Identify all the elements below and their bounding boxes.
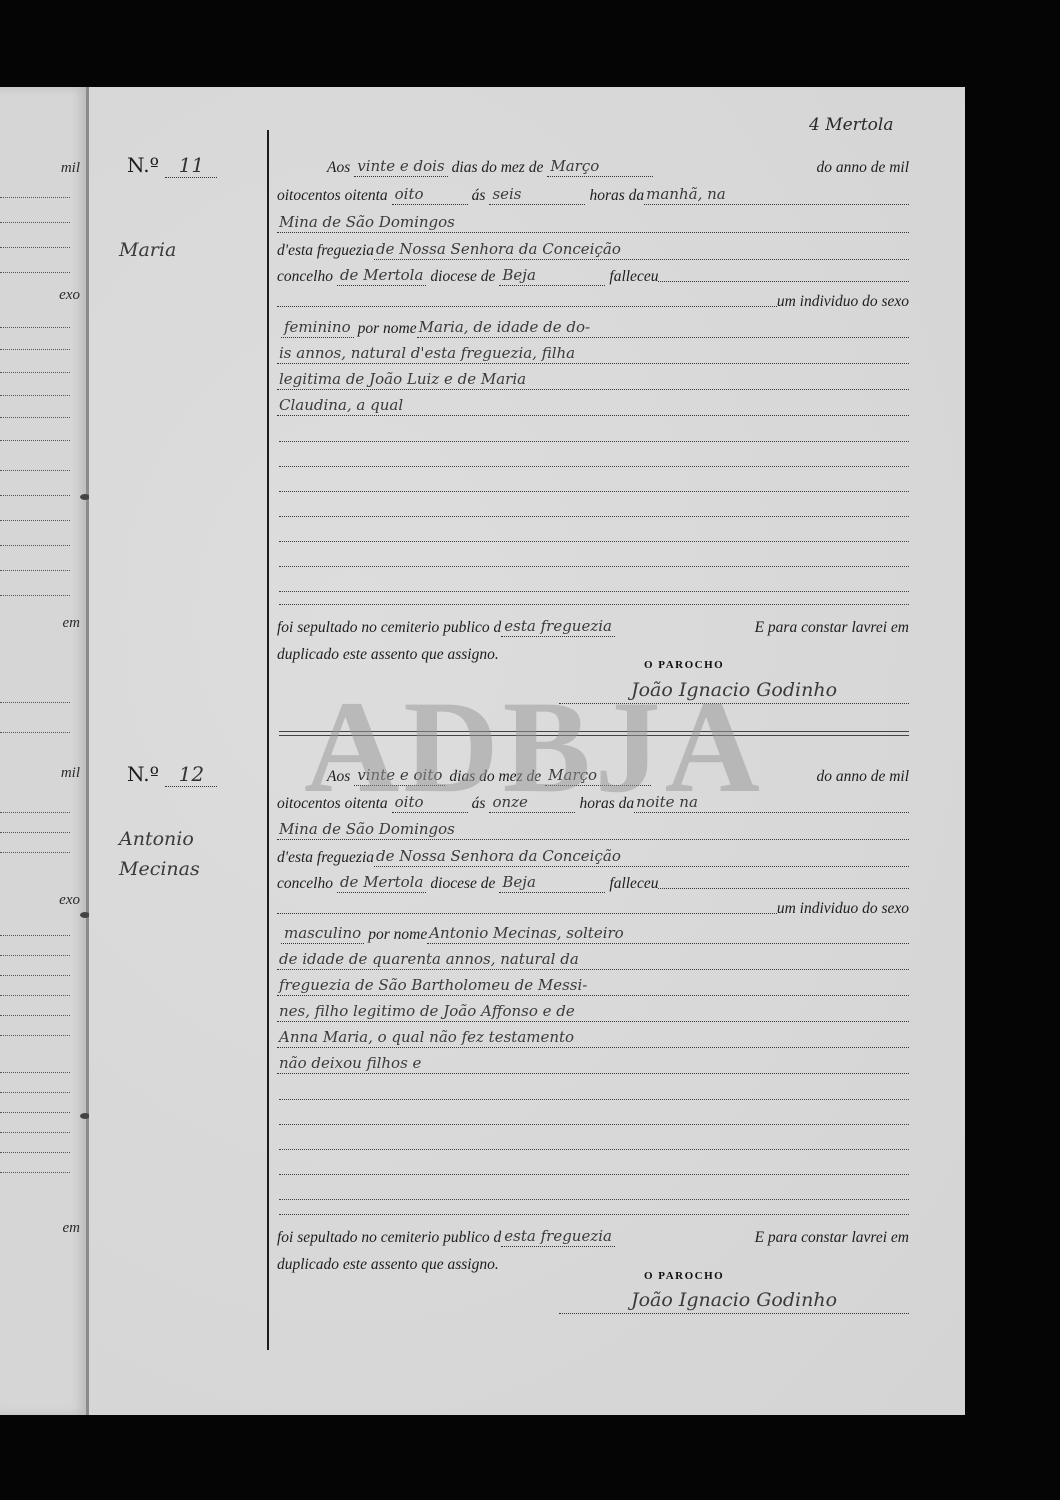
priest-signature: João Ignacio Godinho [559,677,909,704]
entry-number-value: 11 [165,153,217,178]
ruled-line [0,417,70,418]
ruled-line [0,935,70,936]
ruled-line [0,702,70,703]
priest-signature: João Ignacio Godinho [559,1287,909,1314]
entry-number-label: N.º [127,762,159,786]
printed-text: foi sepultado no cemiterio publico d [277,619,501,637]
ruled-line [0,372,70,373]
record-line: Anna Maria, o qual não fez testamento [277,1023,909,1048]
record-line: um individuo do sexo [277,286,909,311]
handwritten-burial-place: esta freguezia [501,1226,615,1247]
record-line: feminino por nome Maria, de idade de do- [277,313,909,338]
handwritten-hour: onze [489,792,575,813]
printed-text: ás [472,187,486,205]
record-line: concelho de Mertola diocese de Beja fall… [277,261,909,286]
ruled-line [0,247,70,248]
left-page-text: exo [59,287,80,304]
record-line: d'esta freguezia de Nossa Senhora da Con… [277,235,909,260]
parocho-heading: O PAROCHO [644,1270,724,1282]
ruled-line [0,955,70,956]
ruled-line [279,1174,909,1175]
printed-text: dias do mez de [449,768,541,786]
printed-text: do anno de mil [816,768,909,786]
printed-text: duplicado este assento que assigno. [277,646,499,664]
printed-text: um individuo do sexo [777,293,909,311]
printed-text: foi sepultado no cemiterio publico d [277,1229,501,1247]
ruled-line [0,570,70,571]
ruled-line [0,732,70,733]
printed-text: do anno de mil [816,159,909,177]
handwritten-month: Março [547,156,653,177]
ruled-line [0,1152,70,1153]
printed-text: dias do mez de [452,159,544,177]
handwritten-parish: de Nossa Senhora da Conceição [374,846,909,867]
handwritten-place: Mina de São Domingos [277,212,909,233]
ruled-line [0,975,70,976]
printed-text: E para constar lavrei em [755,619,909,637]
handwritten-month: Março [545,765,651,786]
ruled-line [279,541,909,542]
printed-text: d'esta freguezia [277,242,374,260]
register-page: 4 Mertola N.º 11 Maria Aos vinte e dois … [89,87,965,1415]
record-line: de idade de quarenta annos, natural da [277,945,909,970]
record-line: não deixou filhos e [277,1049,909,1074]
entry-separator [279,735,909,736]
record-line: oitocentos oitenta oito ás onze horas da… [277,788,909,813]
printed-text: falleceu [609,875,658,893]
ruled-line [279,1199,909,1200]
record-line: nes, filho legitimo de João Affonso e de [277,997,909,1022]
ruled-line [0,1072,70,1073]
ruled-line [0,832,70,833]
entry-number-label: N.º [127,153,159,177]
handwritten-day: vinte e oito [354,765,445,786]
closing-line: duplicado este assento que assigno. [277,1249,909,1274]
ruled-line [0,272,70,273]
parocho-heading: O PAROCHO [644,659,724,671]
handwritten-body: Anna Maria, o qual não fez testamento [277,1027,909,1048]
record-line: Claudina, a qual [277,391,909,416]
ruled-line [0,197,70,198]
ruled-line [0,395,70,396]
ruled-line [279,1214,909,1215]
handwritten-period: manhã, na [644,184,909,205]
ruled-line [279,604,909,605]
ruled-line [0,1092,70,1093]
margin-name: Maria [119,235,259,265]
ruled-line [0,812,70,813]
printed-text: concelho [277,875,333,893]
printed-text: horas da [589,187,644,205]
left-page-text: exo [59,892,80,909]
ruled-line [279,1149,909,1150]
ruled-line [0,470,70,471]
printed-text: Aos [327,159,350,177]
handwritten-day: vinte e dois [354,156,447,177]
ruled-line [0,222,70,223]
ruled-line [0,852,70,853]
printed-text: diocese de [430,268,495,286]
handwritten-body: de idade de quarenta annos, natural da [277,949,909,970]
burial-line: foi sepultado no cemiterio publico d est… [277,612,909,637]
ruled-line [0,995,70,996]
record-line: legitima de João Luiz e de Maria [277,365,909,390]
handwritten-diocese: Beja [499,872,605,893]
handwritten-year: oito [392,184,468,205]
handwritten-body: freguezia de São Bartholomeu de Messi- [277,975,909,996]
handwritten-body: legitima de João Luiz e de Maria [277,369,909,390]
ruled-line [279,441,909,442]
ruled-line [279,491,909,492]
record-line: um individuo do sexo [277,893,909,918]
left-page-text: em [63,615,81,632]
ruled-line [0,1172,70,1173]
ruled-line [0,545,70,546]
ruled-line [0,520,70,521]
handwritten-diocese: Beja [499,265,605,286]
ruled-line [0,349,70,350]
ruled-line [279,1099,909,1100]
ruled-line [0,1112,70,1113]
ruled-line [0,1132,70,1133]
printed-text: oitocentos oitenta [277,187,388,205]
printed-text: falleceu [609,268,658,286]
handwritten-period: noite na [634,792,909,813]
record-line: Aos vinte e oito dias do mez de Março do… [277,761,909,786]
left-page-text: mil [61,765,80,782]
ruled-line [279,466,909,467]
ruled-line [0,495,70,496]
handwritten-year: oito [392,792,468,813]
record-line: concelho de Mertola diocese de Beja fall… [277,868,909,893]
printed-text: concelho [277,268,333,286]
ruled-line [0,1035,70,1036]
handwritten-parish: de Nossa Senhora da Conceição [374,239,909,260]
entry-separator [279,731,909,732]
left-page-text: em [63,1220,81,1237]
handwritten-sex: feminino [281,317,354,338]
handwritten-sex: masculino [281,923,364,944]
entry-number-value: 12 [165,762,217,787]
ruled-line [0,595,70,596]
printed-text: Aos [327,768,350,786]
handwritten-body: nes, filho legitimo de João Affonso e de [277,1001,909,1022]
handwritten-body: is annos, natural d'esta freguezia, filh… [277,343,909,364]
handwritten-body: não deixou filhos e [277,1053,909,1074]
record-line: is annos, natural d'esta freguezia, filh… [277,339,909,364]
ruled-line [0,1015,70,1016]
burial-line: foi sepultado no cemiterio publico d est… [277,1222,909,1247]
ruled-line [279,591,909,592]
ruled-line [0,440,70,441]
entry-number: N.º 11 [127,153,217,178]
printed-text: um individuo do sexo [777,900,909,918]
printed-text: oitocentos oitenta [277,795,388,813]
ruled-line [0,327,70,328]
folio-annotation: 4 Mertola [809,115,893,135]
closing-line: duplicado este assento que assigno. [277,639,909,664]
record-line: masculino por nome Antonio Mecinas, solt… [277,919,909,944]
printed-text: E para constar lavrei em [755,1229,909,1247]
handwritten-council: de Mertola [337,265,426,286]
record-line: oitocentos oitenta oito ás seis horas da… [277,180,909,205]
printed-text: por nome [368,926,427,944]
record-line: Mina de São Domingos [277,815,909,840]
printed-text: ás [472,795,486,813]
handwritten-body: Claudina, a qual [277,395,909,416]
record-line: d'esta freguezia de Nossa Senhora da Con… [277,842,909,867]
printed-text: duplicado este assento que assigno. [277,1256,499,1274]
record-line: freguezia de São Bartholomeu de Messi- [277,971,909,996]
printed-text: horas da [579,795,634,813]
handwritten-body: Maria, de idade de do- [417,317,909,338]
handwritten-burial-place: esta freguezia [501,616,615,637]
handwritten-hour: seis [489,184,585,205]
ruled-line [279,516,909,517]
entry-number: N.º 12 [127,762,217,787]
printed-text: por nome [358,320,417,338]
margin-name: Antonio Mecinas [119,824,259,884]
record-line: Mina de São Domingos [277,208,909,233]
margin-rule [267,130,269,1350]
handwritten-council: de Mertola [337,872,426,893]
handwritten-place: Mina de São Domingos [277,819,909,840]
left-page-text: mil [61,160,80,177]
record-line: Aos vinte e dois dias do mez de Março do… [277,152,909,177]
left-page-fragment: mil exo em mil exo em [0,87,88,1415]
printed-text: diocese de [430,875,495,893]
ruled-line [279,1124,909,1125]
handwritten-body: Antonio Mecinas, solteiro [427,923,909,944]
ruled-line [279,566,909,567]
printed-text: d'esta freguezia [277,849,374,867]
